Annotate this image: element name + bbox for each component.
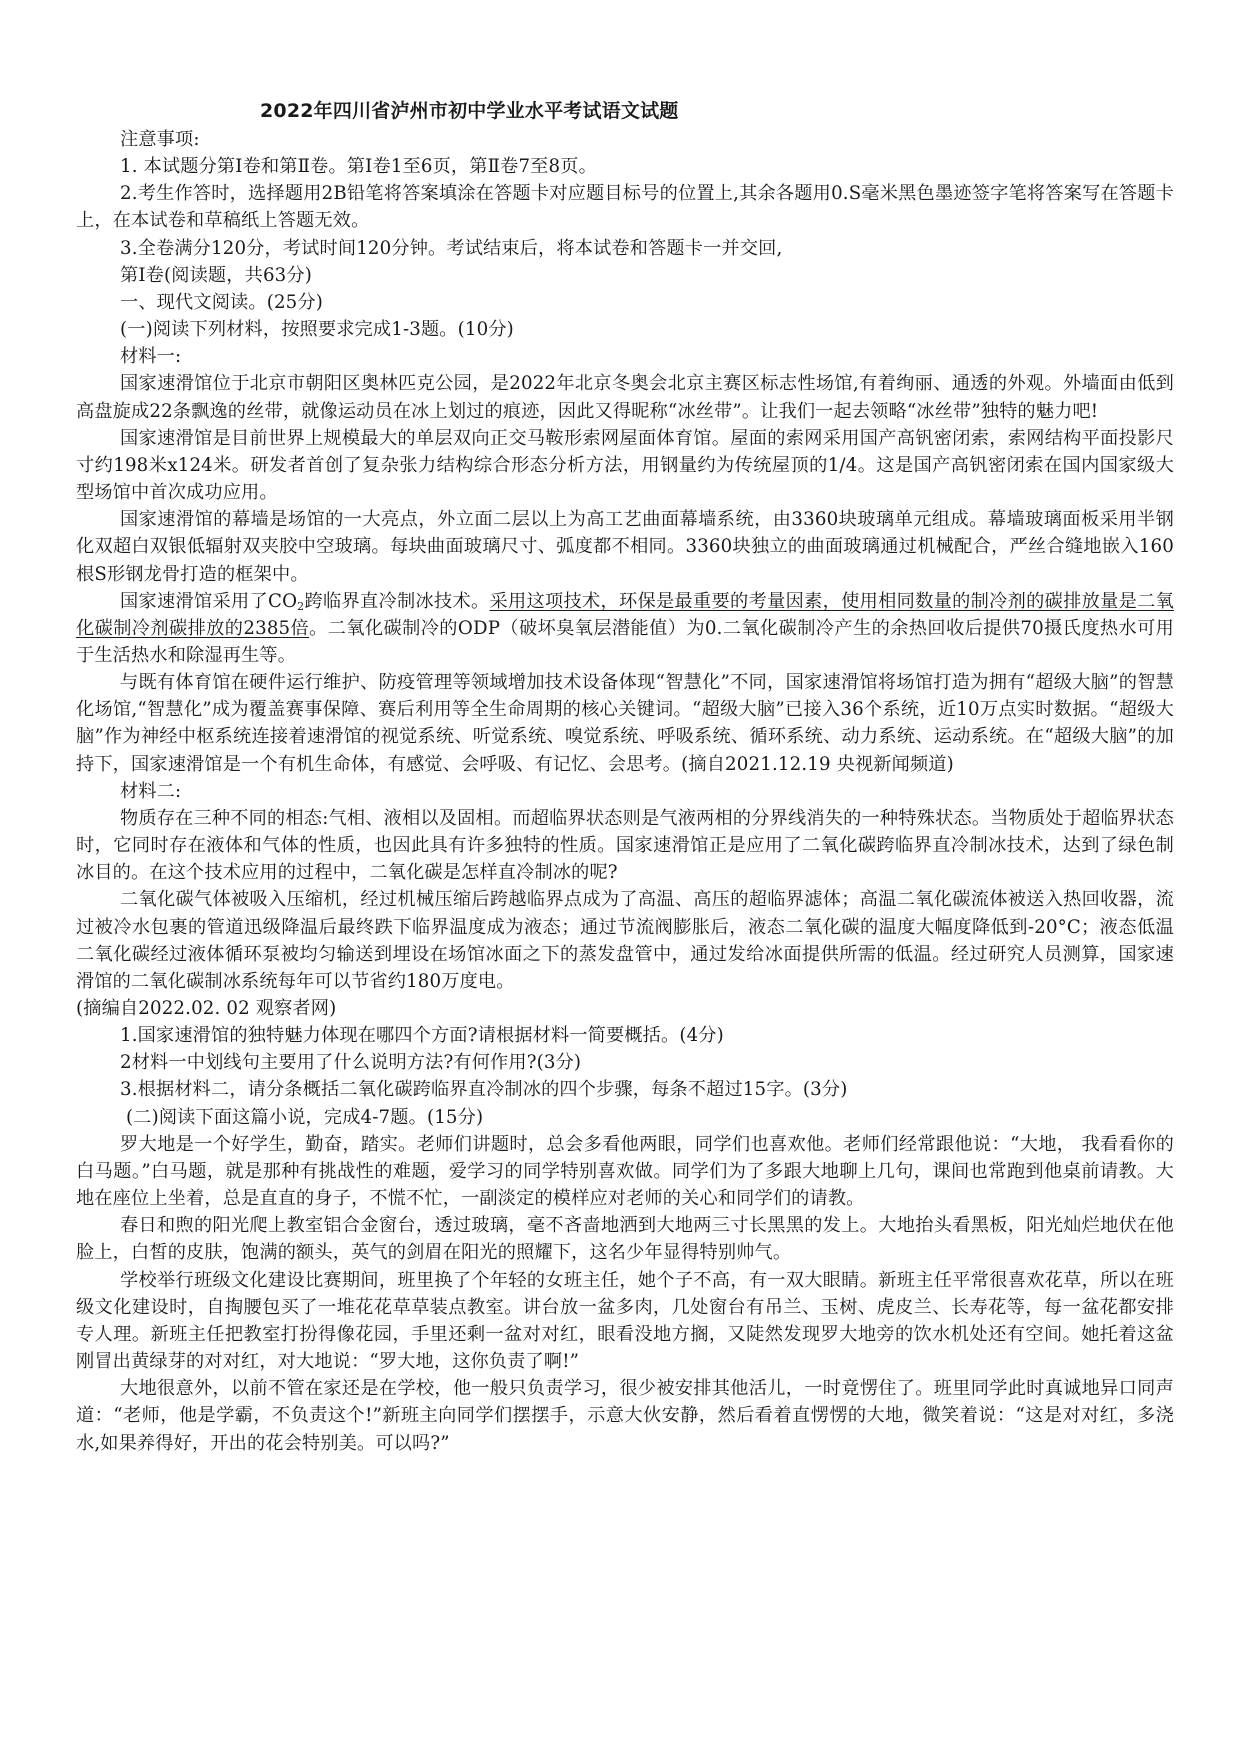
notice-item-3: 3.全卷满分120分，考试时间120分钟。考试结束后，将本试卷和答题卡一并交回, xyxy=(76,235,1174,262)
material-1-paragraph: 与既有体育馆在硬件运行维护、防疫管理等领域增加技术设备体现“智慧化”不同，国家速… xyxy=(76,669,1174,778)
material-2-source: (摘编自2022.02. 02 观察者网) xyxy=(76,995,1174,1022)
exam-page: 2022年四川省泸州市初中学业水平考试语文试题 注意事项: 1. 本试题分第Ⅰ卷… xyxy=(76,96,1174,1457)
question-2: 2材料一中划线句主要用了什么说明方法?有何作用?(3分) xyxy=(76,1049,1174,1076)
material-2-paragraph: 物质存在三种不同的相态:气相、液相以及固相。而超临界状态则是气液两相的分界线消失… xyxy=(76,805,1174,886)
story-paragraph: 学校举行班级文化建设比赛期间，班里换了个年轻的女班主任，她个子不高，有一双大眼睛… xyxy=(76,1267,1174,1376)
material-2-label: 材料二: xyxy=(76,778,1174,805)
co2-text: 国家速滑馆采用了CO xyxy=(120,591,297,612)
notice-item-2: 2.考生作答时，选择题用2B铅笔将答案填涂在答题卡对应题目标号的位置上,其余各题… xyxy=(76,180,1174,234)
story-paragraph: 春日和煦的阳光爬上教室铝合金窗台，透过玻璃，毫不吝啬地洒到大地两三寸长黑黑的发上… xyxy=(76,1212,1174,1266)
notice-item-1: 1. 本试题分第Ⅰ卷和第Ⅱ卷。第Ⅰ卷1至6页，第Ⅱ卷7至8页。 xyxy=(76,153,1174,180)
question-1: 1.国家速滑馆的独特魅力体现在哪四个方面?请根据材料一简要概括。(4分) xyxy=(76,1022,1174,1049)
volume-1-heading: 第Ⅰ卷(阅读题，共63分) xyxy=(76,262,1174,289)
notice-heading: 注意事项: xyxy=(76,126,1174,153)
material-1-paragraph: 国家速滑馆的幕墙是场馆的一大亮点，外立面二层以上为高工艺曲面幕墙系统，由3360… xyxy=(76,506,1174,587)
material-1-paragraph: 国家速滑馆位于北京市朝阳区奥林匹克公园，是2022年北京冬奥会北京主赛区标志性场… xyxy=(76,370,1174,424)
story-paragraph: 大地很意外，以前不管在家还是在学校，他一般只负责学习，很少被安排其他活儿，一时竟… xyxy=(76,1375,1174,1456)
part-1-heading: (一)阅读下列材料，按照要求完成1-3题。(10分) xyxy=(76,316,1174,343)
material-2-paragraph: 二氧化碳气体被吸入压缩机，经过机械压缩后跨越临界点成为了高温、高压的超临界滤体；… xyxy=(76,886,1174,995)
section-1-heading: 一、现代文阅读。(25分) xyxy=(76,289,1174,316)
co2-text-after: 跨临界直冷制冰技术。 xyxy=(304,591,489,612)
story-paragraph: 罗大地是一个好学生，勤奋，踏实。老师们讲题时，总会多看他两眼，同学们也喜欢他。老… xyxy=(76,1131,1174,1212)
exam-title: 2022年四川省泸州市初中学业水平考试语文试题 xyxy=(76,96,1174,126)
part-2-heading: (二)阅读下面这篇小说，完成4-7题。(15分) xyxy=(76,1104,1174,1131)
material-1-label: 材料一: xyxy=(76,343,1174,370)
material-1-paragraph: 国家速滑馆是目前世界上规模最大的单层双向正交马鞍形索网屋面体育馆。屋面的索网采用… xyxy=(76,425,1174,506)
material-1-paragraph-co2: 国家速滑馆采用了CO2跨临界直冷制冰技术。采用这项技术，环保是最重要的考量因素，… xyxy=(76,588,1174,669)
question-3: 3.根据材料二，请分条概括二氧化碳跨临界直冷制冰的四个步骤，每条不超过15字。(… xyxy=(76,1076,1174,1103)
